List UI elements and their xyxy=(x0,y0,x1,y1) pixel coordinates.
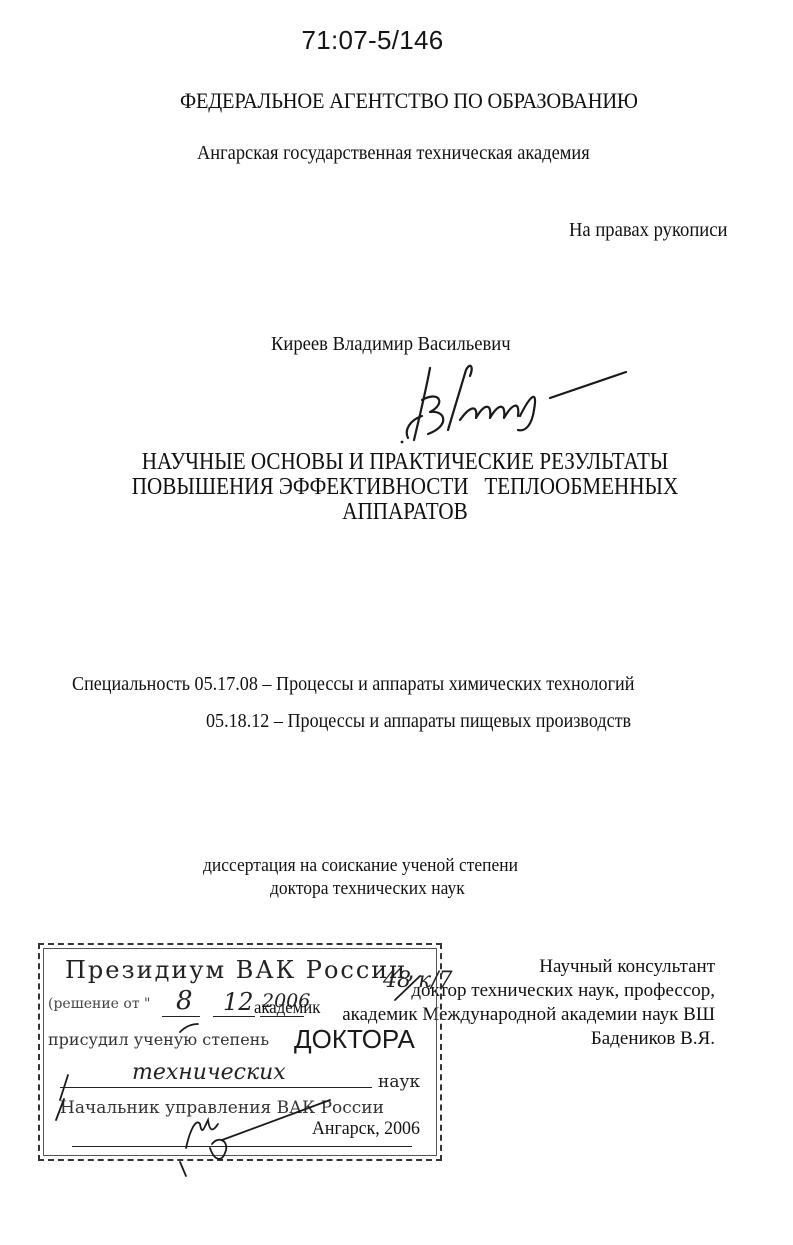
stamp-field-line xyxy=(60,1087,372,1088)
stamp-month-line xyxy=(213,1016,255,1017)
rights-notice: На правах рукописи xyxy=(569,219,727,242)
stamp-day-line xyxy=(162,1016,200,1017)
title-line-1: НАУЧНЫЕ ОСНОВЫ И ПРАКТИЧЕСКИЕ РЕЗУЛЬТАТЫ xyxy=(119,450,691,475)
stamp-field-handwritten: технических xyxy=(132,1060,286,1085)
dissertation-title: НАУЧНЫЕ ОСНОВЫ И ПРАКТИЧЕСКИЕ РЕЗУЛЬТАТЫ… xyxy=(80,450,730,525)
stamp-head-line: Начальник управления ВАК России xyxy=(60,1098,384,1118)
city-year: Ангарск, 2006 xyxy=(312,1118,420,1140)
stamp-field-suffix: наук xyxy=(378,1072,420,1092)
author-signature-icon xyxy=(400,360,640,450)
stamp-decision-number: 48 к/7 xyxy=(383,968,453,993)
title-line-3: АППАРАТОВ xyxy=(119,500,691,525)
agency-heading: ФЕДЕРАЛЬНОЕ АГЕНТСТВО ПО ОБРАЗОВАНИЮ xyxy=(180,88,638,114)
stamp-presidium-line: Президиум ВАК России, xyxy=(65,956,417,984)
stamp-award-line: присудил ученую степень xyxy=(48,1030,269,1049)
title-line-2: ПОВЫШЕНИЯ ЭФФЕКТИВНОСТИ ТЕПЛООБМЕННЫХ xyxy=(119,475,691,500)
stamp-signature-line xyxy=(72,1146,412,1147)
institution-name: Ангарская государственная техническая ак… xyxy=(197,142,590,165)
stamp-degree: ДОКТОРА xyxy=(294,1024,415,1055)
specialty-line-2: 05.18.12 – Процессы и аппараты пищевых п… xyxy=(206,710,631,733)
stamp-decision-prefix: (решение от " xyxy=(48,996,150,1012)
registry-code: 71:07-5/146 xyxy=(0,25,745,56)
consultant-academik-word: академик xyxy=(254,997,320,1018)
dissertation-line-1: диссертация на соискание ученой степени xyxy=(203,855,518,877)
specialty-line-1: Специальность 05.17.08 – Процессы и аппа… xyxy=(72,673,634,696)
author-name: Киреев Владимир Васильевич xyxy=(271,333,511,356)
dissertation-line-2: доктора технических наук xyxy=(270,878,465,900)
stamp-month: 12 xyxy=(223,988,254,1016)
stamp-day: 8 xyxy=(176,986,193,1016)
